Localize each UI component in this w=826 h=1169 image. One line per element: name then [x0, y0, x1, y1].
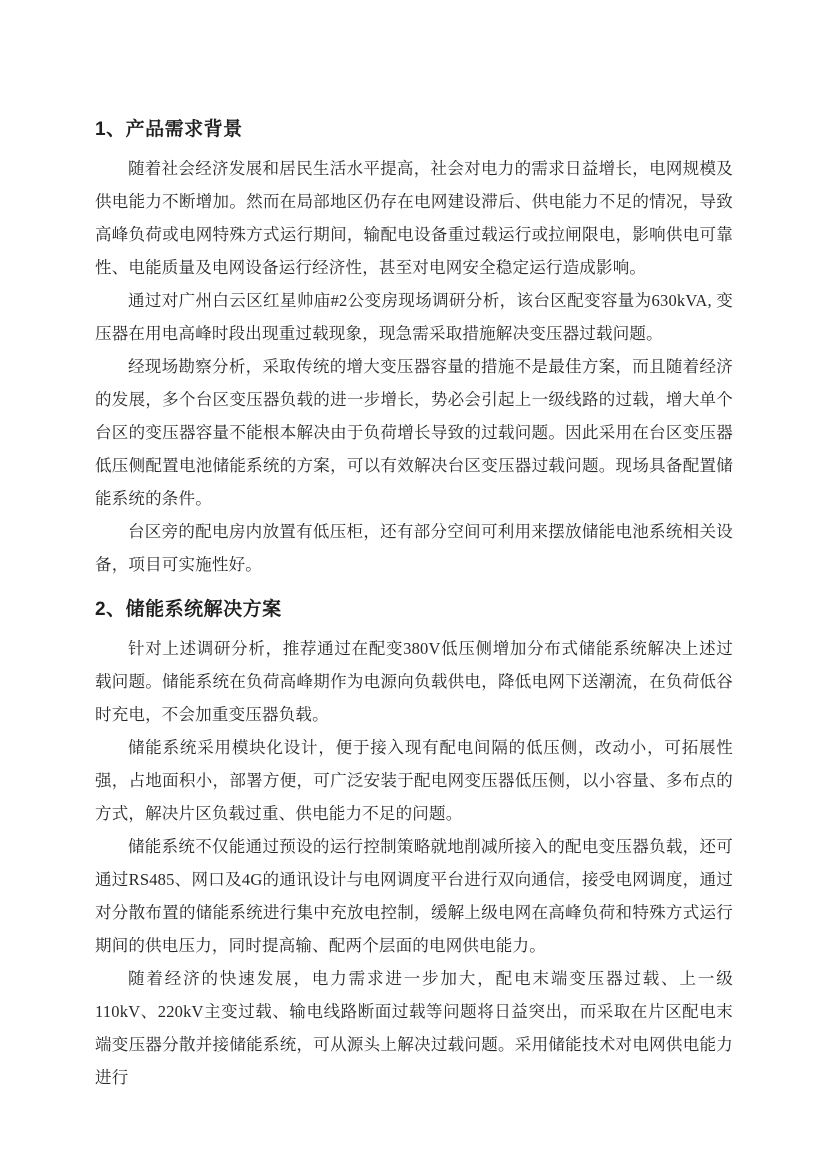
section-storage-solution: 2、储能系统解决方案 针对上述调研分析，推荐通过在配变380V低压侧增加分布式储…: [95, 596, 733, 1094]
paragraph: 随着社会经济发展和居民生活水平提高，社会对电力的需求日益增长，电网规模及供电能力…: [95, 152, 733, 284]
paragraph: 通过对广州白云区红星帅庙#2公变房现场调研分析，该台区配变容量为630kVA, …: [95, 284, 733, 350]
paragraph: 经现场勘察分析，采取传统的增大变压器容量的措施不是最佳方案，而且随着经济的发展，…: [95, 350, 733, 515]
document-page: 1、产品需求背景 随着社会经济发展和居民生活水平提高，社会对电力的需求日益增长，…: [0, 0, 826, 1169]
paragraph: 随着经济的快速发展，电力需求进一步加大，配电末端变压器过载、上一级110kV、2…: [95, 962, 733, 1094]
paragraph: 针对上述调研分析，推荐通过在配变380V低压侧增加分布式储能系统解决上述过载问题…: [95, 632, 733, 731]
page-content: 1、产品需求背景 随着社会经济发展和居民生活水平提高，社会对电力的需求日益增长，…: [95, 116, 733, 1094]
paragraph: 储能系统采用模块化设计，便于接入现有配电间隔的低压侧，改动小，可拓展性强，占地面…: [95, 731, 733, 830]
section-2-heading: 2、储能系统解决方案: [95, 596, 733, 623]
section-product-requirements: 1、产品需求背景 随着社会经济发展和居民生活水平提高，社会对电力的需求日益增长，…: [95, 116, 733, 581]
section-1-heading: 1、产品需求背景: [95, 116, 733, 143]
paragraph: 储能系统不仅能通过预设的运行控制策略就地削减所接入的配电变压器负载，还可通过RS…: [95, 830, 733, 962]
paragraph: 台区旁的配电房内放置有低压柜，还有部分空间可利用来摆放储能电池系统相关设备，项目…: [95, 515, 733, 581]
